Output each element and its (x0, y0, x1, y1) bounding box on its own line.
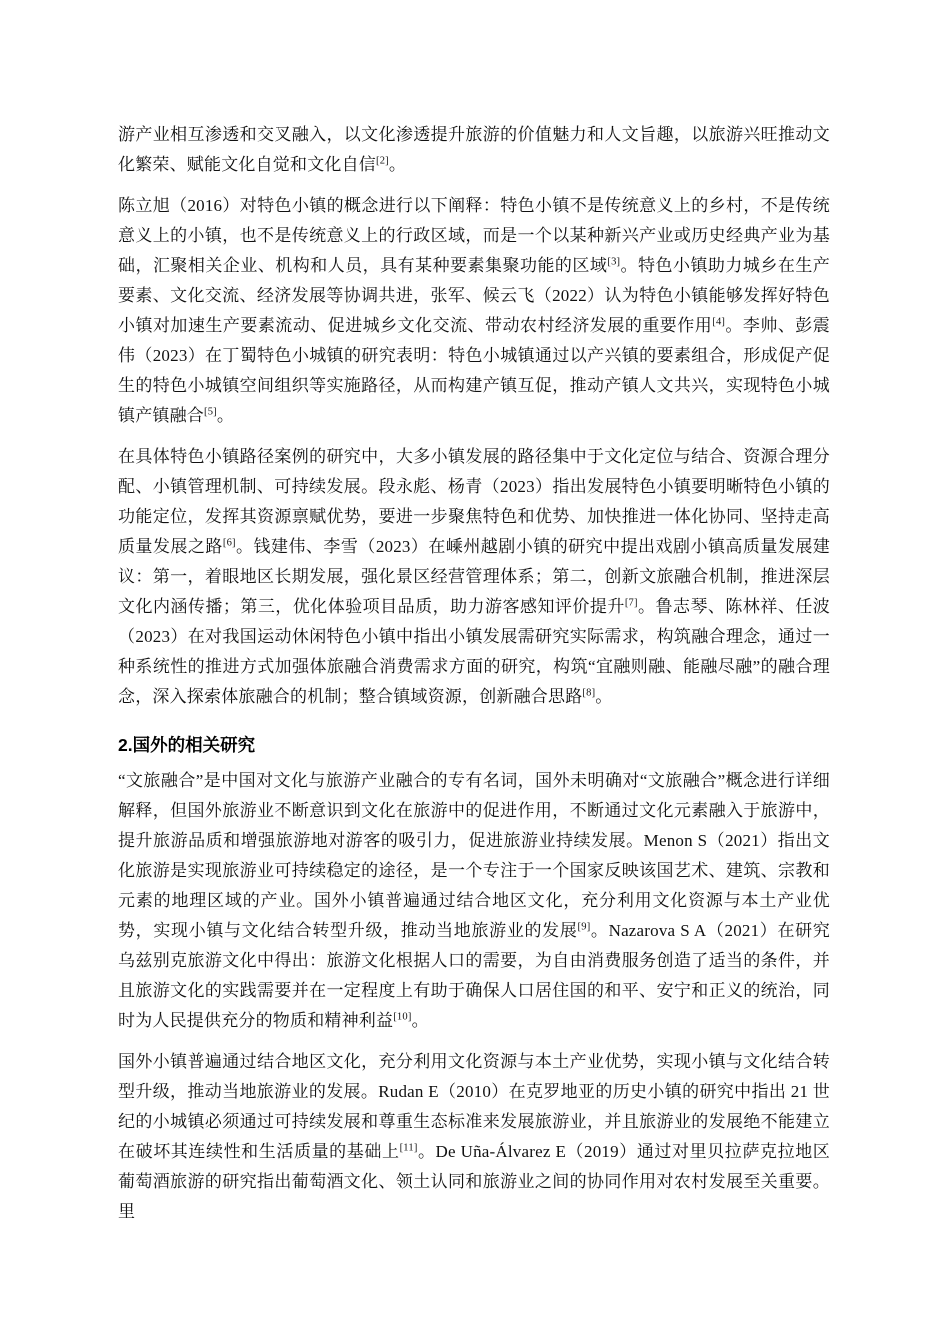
body-paragraph-2: 陈立旭（2016）对特色小镇的概念进行以下阐释：特色小镇不是传统意义上的乡村，不… (118, 191, 830, 431)
body-paragraph-3: 在具体特色小镇路径案例的研究中，大多小镇发展的路径集中于文化定位与结合、资源合理… (118, 442, 830, 712)
document-page: 游产业相互渗透和交叉融入，以文化渗透提升旅游的价值魅力和人文旨趣，以旅游兴旺推动… (118, 120, 830, 1238)
body-paragraph-1: 游产业相互渗透和交叉融入，以文化渗透提升旅游的价值魅力和人文旨趣，以旅游兴旺推动… (118, 120, 830, 180)
section-heading-foreign-research: 2.国外的相关研究 (118, 730, 830, 760)
body-paragraph-5: 国外小镇普遍通过结合地区文化，充分利用文化资源与本土产业优势，实现小镇与文化结合… (118, 1047, 830, 1227)
body-paragraph-4: “文旅融合”是中国对文化与旅游产业融合的专有名词，国外未明确对“文旅融合”概念进… (118, 766, 830, 1036)
